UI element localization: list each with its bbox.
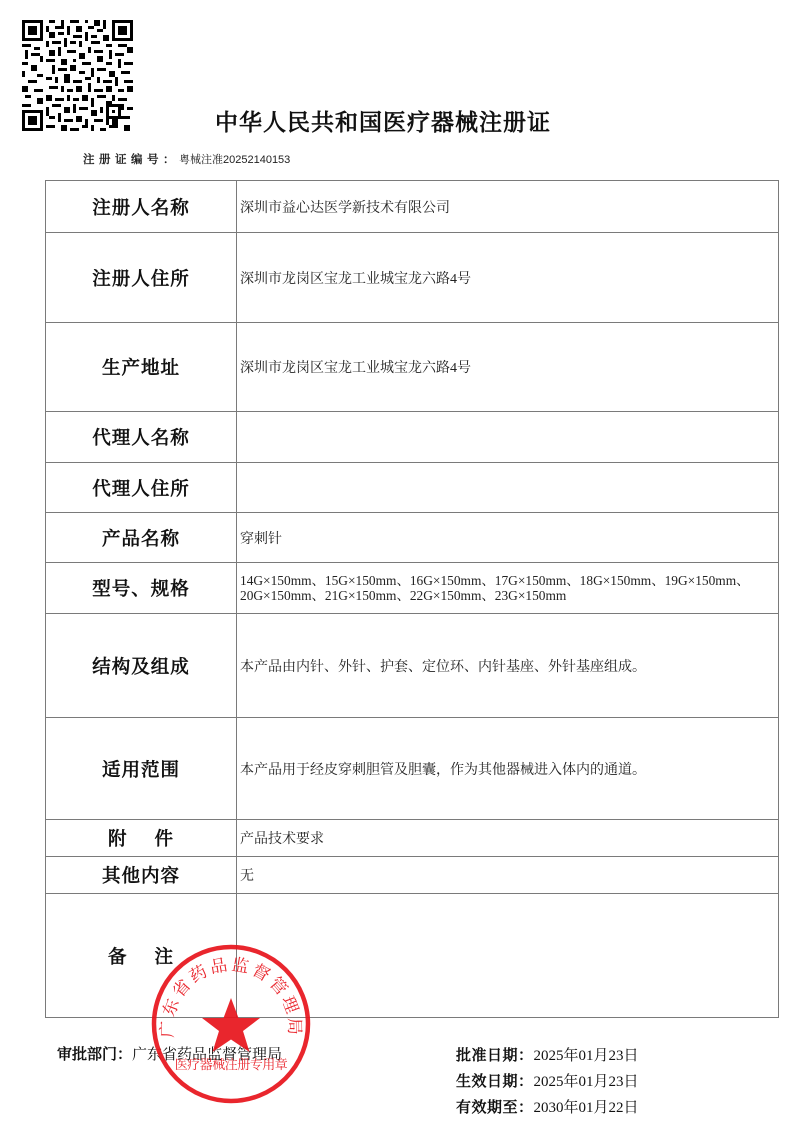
- expiry-date: 有效期至：2030年01月22日: [456, 1095, 639, 1121]
- field-label: 代理人名称: [46, 412, 237, 462]
- table-row: 适用范围 本产品用于经皮穿刺胆管及胆囊，作为其他器械进入体内的通道。: [46, 717, 778, 819]
- certificate-table: 注册人名称 深圳市益心达医学新技术有限公司 注册人住所 深圳市龙岗区宝龙工业城宝…: [45, 180, 779, 1018]
- table-row: 其他内容 无: [46, 856, 778, 893]
- field-label: 结构及组成: [46, 614, 237, 717]
- field-value: 14G×150mm、15G×150mm、16G×150mm、17G×150mm、…: [240, 563, 772, 613]
- field-value: 深圳市龙岗区宝龙工业城宝龙六路4号: [240, 233, 772, 322]
- document-title: 中华人民共和国医疗器械注册证: [215, 104, 615, 138]
- field-label: 生产地址: [46, 323, 237, 411]
- table-row: 附 件 产品技术要求: [46, 819, 778, 856]
- table-row: 注册人住所 深圳市龙岗区宝龙工业城宝龙六路4号: [46, 232, 778, 322]
- dates-block: 批准日期：2025年01月23日 生效日期：2025年01月23日 有效期至：2…: [456, 1043, 639, 1121]
- field-label: 附 件: [46, 820, 237, 856]
- table-row: 代理人名称: [46, 411, 778, 462]
- table-row: 产品名称 穿刺针: [46, 512, 778, 562]
- registration-number-value: 粤械注准20252140153: [179, 154, 290, 166]
- approval-department-value: 广东省药品监督管理局: [132, 1045, 282, 1063]
- field-label: 备 注: [46, 894, 237, 1017]
- expiry-date-label: 有效期至：: [456, 1098, 534, 1116]
- approval-department-label: 审批部门：: [57, 1045, 132, 1063]
- effective-date-label: 生效日期：: [456, 1072, 534, 1090]
- registration-number-line: 注册证编号：粤械注准20252140153: [83, 151, 290, 167]
- field-value: 深圳市龙岗区宝龙工业城宝龙六路4号: [240, 323, 772, 411]
- field-label: 代理人住所: [46, 463, 237, 512]
- field-value: [240, 463, 772, 512]
- field-label: 适用范围: [46, 718, 237, 819]
- qr-code-icon: [22, 20, 133, 131]
- table-row: 结构及组成 本产品由内针、外针、护套、定位环、内针基座、外针基座组成。: [46, 613, 778, 717]
- approval-date-value: 2025年01月23日: [534, 1048, 639, 1064]
- effective-date: 生效日期：2025年01月23日: [456, 1069, 639, 1095]
- approval-date-label: 批准日期：: [456, 1046, 534, 1064]
- expiry-date-value: 2030年01月22日: [534, 1100, 639, 1116]
- field-value: 本产品用于经皮穿刺胆管及胆囊，作为其他器械进入体内的通道。: [240, 718, 772, 819]
- field-label: 注册人名称: [46, 181, 237, 232]
- field-value: 本产品由内针、外针、护套、定位环、内针基座、外针基座组成。: [240, 614, 772, 717]
- table-row: 代理人住所: [46, 462, 778, 512]
- field-value: [240, 894, 772, 1017]
- field-label: 产品名称: [46, 513, 237, 562]
- approval-date: 批准日期：2025年01月23日: [456, 1043, 639, 1069]
- effective-date-value: 2025年01月23日: [534, 1074, 639, 1090]
- table-row: 注册人名称 深圳市益心达医学新技术有限公司: [46, 181, 778, 232]
- field-value: 产品技术要求: [240, 820, 772, 856]
- field-label: 其他内容: [46, 857, 237, 893]
- approval-department: 审批部门：广东省药品监督管理局: [57, 1043, 282, 1064]
- table-row: 备 注: [46, 893, 778, 1017]
- field-value: 深圳市益心达医学新技术有限公司: [240, 181, 772, 232]
- table-row: 生产地址 深圳市龙岗区宝龙工业城宝龙六路4号: [46, 322, 778, 411]
- table-row: 型号、规格 14G×150mm、15G×150mm、16G×150mm、17G×…: [46, 562, 778, 613]
- field-value: 无: [240, 857, 772, 893]
- field-label: 注册人住所: [46, 233, 237, 322]
- field-label: 型号、规格: [46, 563, 237, 613]
- field-value: 穿刺针: [240, 513, 772, 562]
- registration-number-label: 注册证编号：: [83, 152, 179, 166]
- field-value: [240, 412, 772, 462]
